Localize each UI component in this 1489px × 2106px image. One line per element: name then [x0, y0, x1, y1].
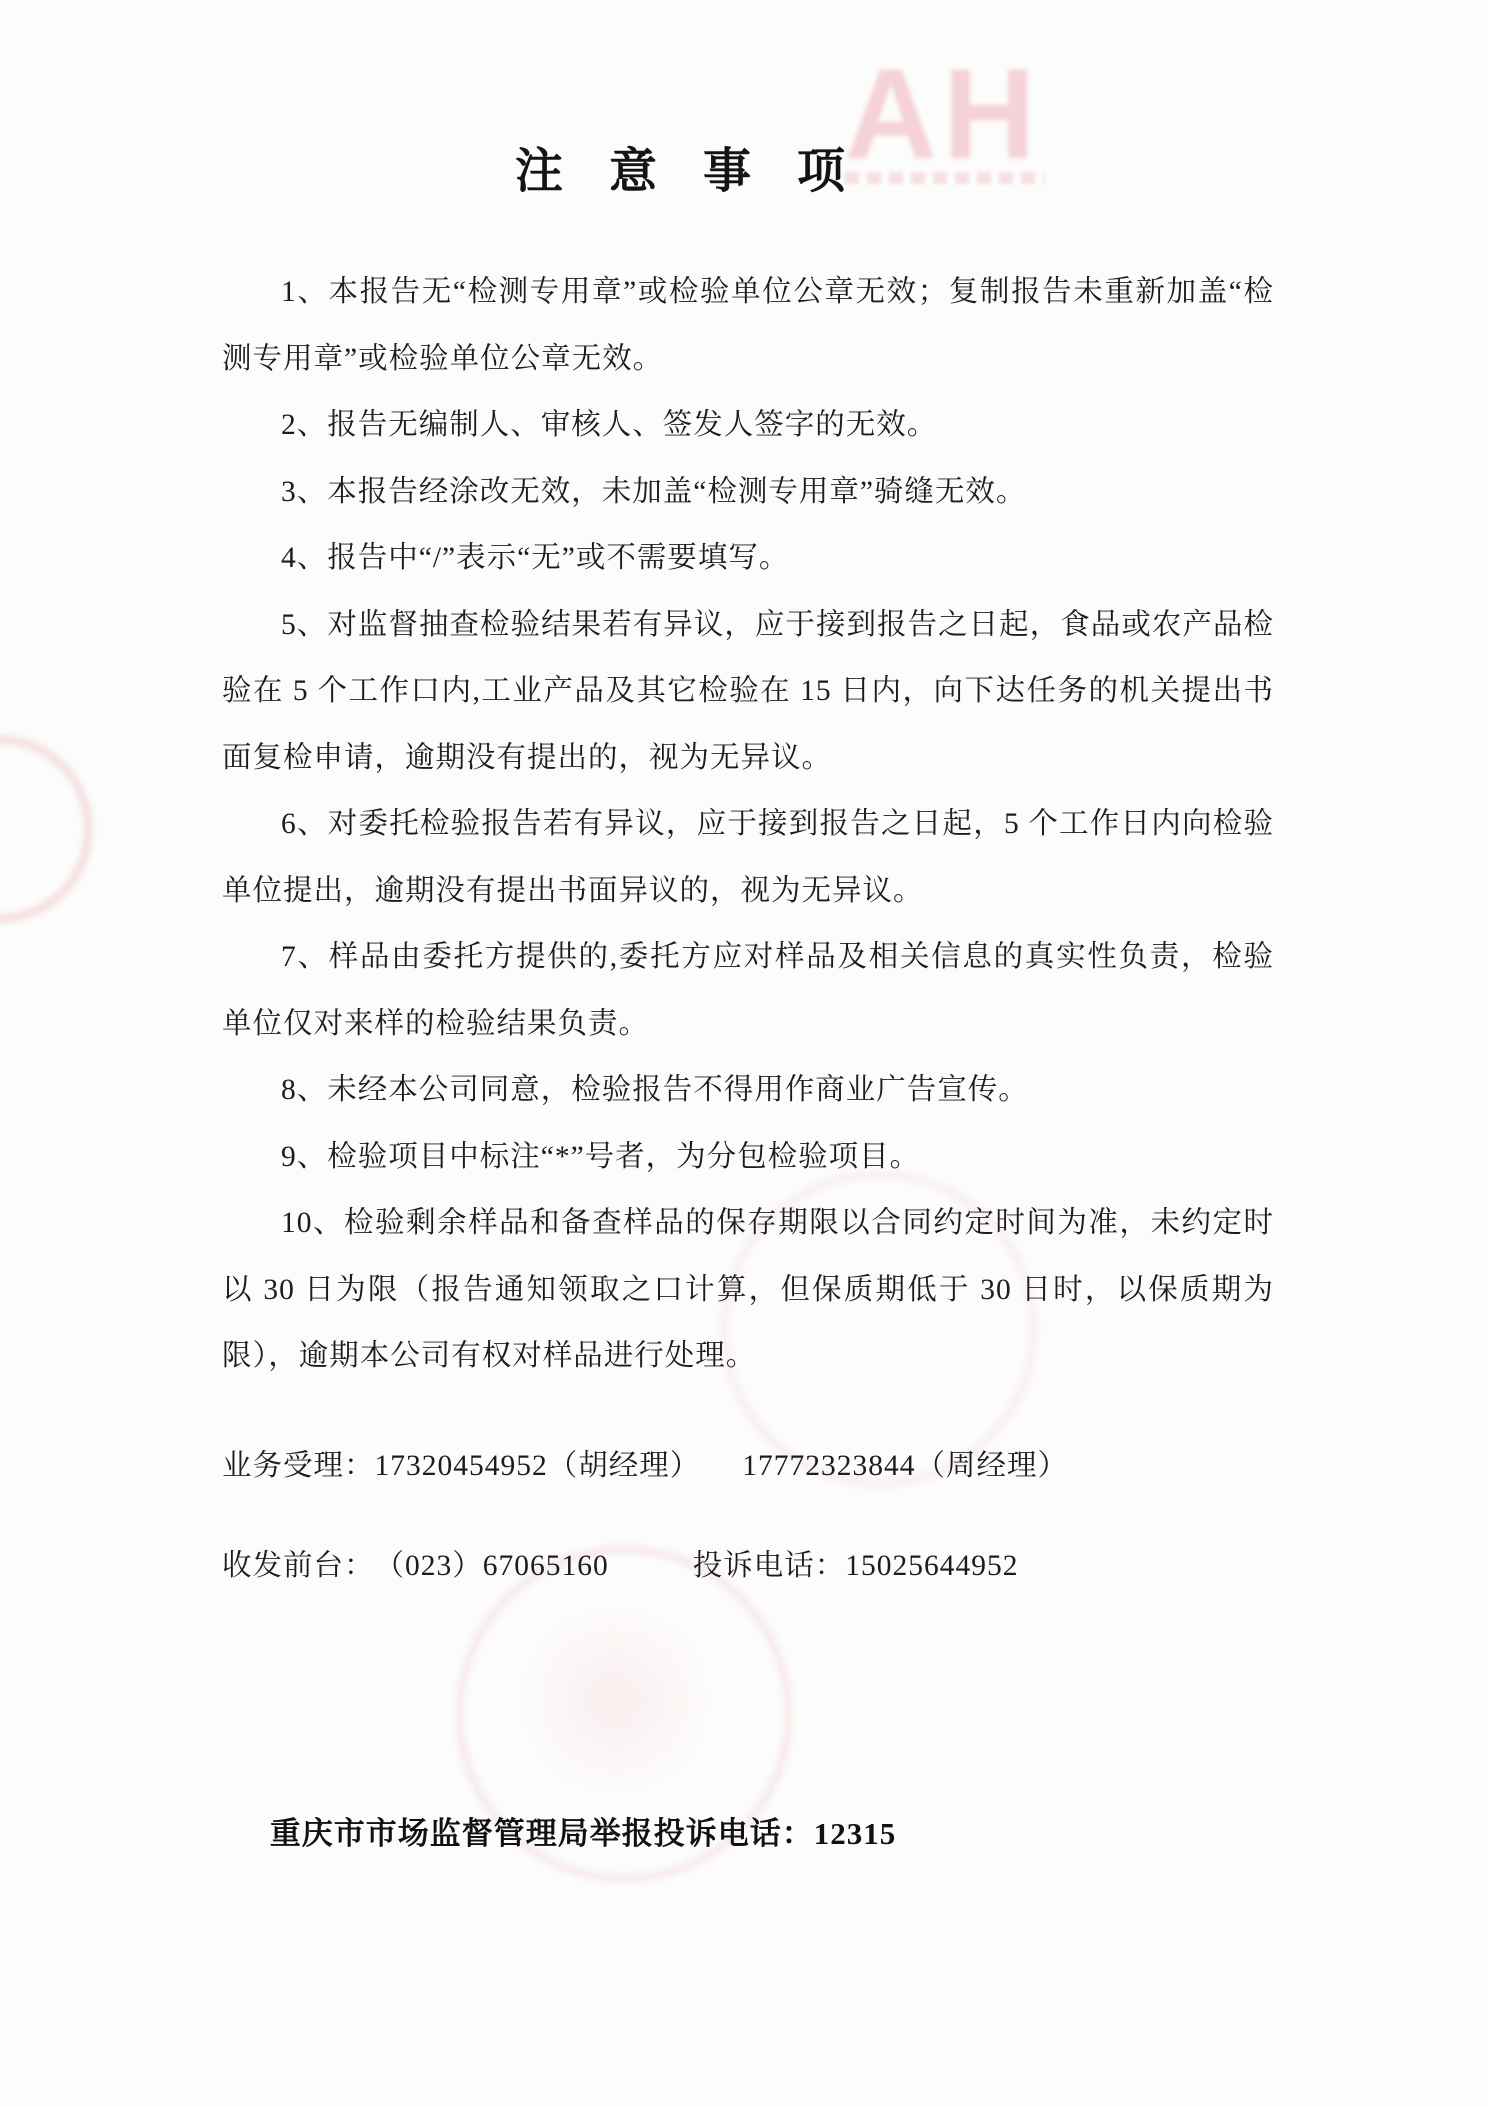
notice-item-3: 3、本报告经涂改无效，未加盖“检测专用章”骑缝无效。 — [222, 459, 1274, 526]
notice-item-9: 9、检验项目中标注“*”号者，为分包检验项目。 — [222, 1124, 1274, 1191]
complaint-phone: 15025644952 — [845, 1550, 1018, 1583]
regulator-hotline-line: 重庆市市场监督管理局举报投诉电话：12315 — [222, 1808, 1274, 1853]
notice-item-5: 5、对监督抽查检验结果若有异议，应于接到报告之日起，食品或农产品检验在 5 个工… — [222, 592, 1274, 792]
page-title: 注 意 事 项 — [222, 132, 1144, 201]
notice-item-7: 7、样品由委托方提供的,委托方应对样品及相关信息的真实性负责，检验单位仅对来样的… — [222, 924, 1274, 1057]
notice-item-6: 6、对委托检验报告若有异议，应于接到报告之日起，5 个工作日内向检验单位提出，逾… — [222, 791, 1274, 924]
red-stamp-arc-left-icon — [0, 735, 93, 923]
scanned-document-page: AH 注 意 事 项 1、本报告无“检测专用章”或检验单位公章无效；复制报告未重… — [0, 0, 1489, 2106]
document-content: 注 意 事 项 1、本报告无“检测专用章”或检验单位公章无效；复制报告未重新加盖… — [222, 132, 1274, 1853]
contact-row-frontdesk: 收发前台： （023）67065160 投诉电话： 15025644952 — [222, 1542, 1274, 1584]
contact-row-business: 业务受理： 17320454952（胡经理） 17772323844（周经理） — [222, 1442, 1274, 1484]
notice-item-1: 1、本报告无“检测专用章”或检验单位公章无效；复制报告未重新加盖“检测专用章”或… — [222, 259, 1274, 392]
business-phone-1: 17320454952（胡经理） — [375, 1442, 701, 1484]
notice-item-2: 2、报告无编制人、审核人、签发人签字的无效。 — [222, 392, 1274, 459]
frontdesk-phone: （023）67065160 — [375, 1542, 609, 1584]
frontdesk-label: 收发前台： — [222, 1542, 375, 1584]
contact-section: 业务受理： 17320454952（胡经理） 17772323844（周经理） … — [222, 1442, 1274, 1584]
business-accept-label: 业务受理： — [222, 1442, 375, 1484]
notice-item-8: 8、未经本公司同意，检验报告不得用作商业广告宣传。 — [222, 1057, 1274, 1124]
notice-item-4: 4、报告中“/”表示“无”或不需要填写。 — [222, 525, 1274, 592]
complaint-label: 投诉电话： — [693, 1542, 846, 1584]
business-phone-2: 17772323844（周经理） — [742, 1442, 1068, 1484]
notice-item-10: 10、检验剩余样品和备查样品的保存期限以合同约定时间为准，未约定时以 30 日为… — [222, 1190, 1274, 1390]
